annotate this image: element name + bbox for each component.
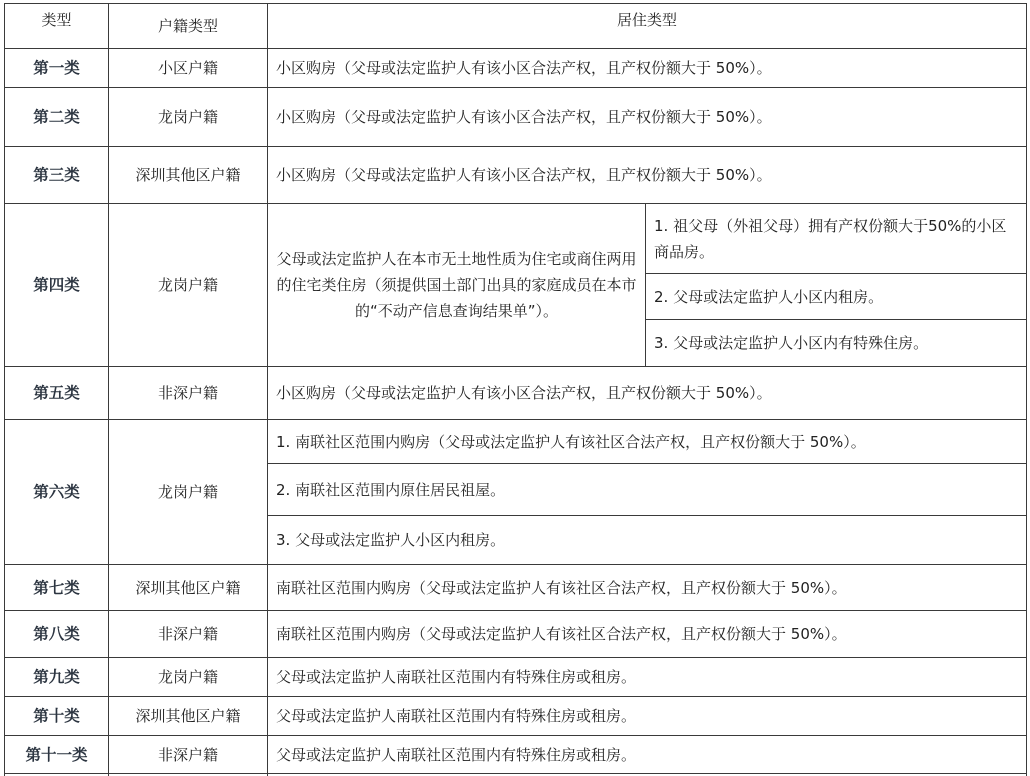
hukou-cell: 小区户籍 [109,49,268,88]
residence-cell: 小区购房（父母或法定监护人有该小区合法产权，且产权份额大于 50%）。 [268,147,1027,204]
category-cell: 第八类 [5,611,109,658]
residence-cell: 父母或法定监护人南联社区范围内有特殊住房或租房。 [268,736,1027,774]
hukou-cell: 龙岗户籍 [109,88,268,147]
residence-cell: 小区购房（父母或法定监护人有该小区合法产权，且产权份额大于 50%）。 [268,88,1027,147]
residence-cell: 小区购房（父母或法定监护人有该小区合法产权，且产权份额大于 50%）。 [268,367,1027,420]
hukou-cell: 龙岗户籍 [109,658,268,697]
option-cell: 2. 父母或法定监护人小区内租房。 [646,274,1027,320]
category-cell: 第三类 [5,147,109,204]
hukou-cell: 深圳其他区户籍 [109,697,268,736]
hukou-cell: 龙岗户籍 [109,420,268,565]
table-row: 第二类 龙岗户籍 小区购房（父母或法定监护人有该小区合法产权，且产权份额大于 5… [5,88,1027,147]
residence-cell: 南联社区范围内购房（父母或法定监护人有该社区合法产权，且产权份额大于 50%）。 [268,611,1027,658]
category-cell: 第四类 [5,204,109,367]
table-row: 第九类 龙岗户籍 父母或法定监护人南联社区范围内有特殊住房或租房。 [5,658,1027,697]
hukou-cell: 非深户籍 [109,611,268,658]
table-row: 第十一类 非深户籍 父母或法定监护人南联社区范围内有特殊住房或租房。 [5,736,1027,774]
table-row: 第六类 龙岗户籍 1. 南联社区范围内购房（父母或法定监护人有该社区合法产权，且… [5,420,1027,464]
hukou-cell: 非深户籍 [109,736,268,774]
table-row: 第七类 深圳其他区户籍 南联社区范围内购房（父母或法定监护人有该社区合法产权，且… [5,565,1027,611]
category-cell: 第九类 [5,658,109,697]
option-cell: 1. 祖父母（外祖父母）拥有产权份额大于50%的小区商品房。 [646,204,1027,274]
option-cell: 2. 南联社区范围内原住居民祖屋。 [268,464,1027,516]
residence-cell: 小区购房（父母或法定监护人有该小区合法产权，且产权份额大于 50%）。 [268,49,1027,88]
header-type: 类型 [5,4,109,49]
header-residence: 居住类型 [268,4,1027,49]
hukou-cell: 深圳其他区户籍 [109,147,268,204]
hukou-cell: 深圳其他区户籍 [109,565,268,611]
table-row: 第五类 非深户籍 小区购房（父母或法定监护人有该小区合法产权，且产权份额大于 5… [5,367,1027,420]
option-cell: 3. 父母或法定监护人小区内租房。 [268,516,1027,565]
header-row: 类型 户籍类型 居住类型 [5,4,1027,49]
table-row: 第十类 深圳其他区户籍 父母或法定监护人南联社区范围内有特殊住房或租房。 [5,697,1027,736]
table-row: 第八类 非深户籍 南联社区范围内购房（父母或法定监护人有该社区合法产权，且产权份… [5,611,1027,658]
residence-cell: 父母或法定监护人南联社区范围内有特殊住房或租房。 [268,658,1027,697]
residence-cell: 南联社区范围内购房（父母或法定监护人有该社区合法产权，且产权份额大于 50%）。 [268,565,1027,611]
category-cell: 第七类 [5,565,109,611]
category-cell: 第一类 [5,49,109,88]
table-row: 第三类 深圳其他区户籍 小区购房（父母或法定监护人有该小区合法产权，且产权份额大… [5,147,1027,204]
hukou-cell: 非深户籍 [109,367,268,420]
option-cell: 1. 南联社区范围内购房（父母或法定监护人有该社区合法产权，且产权份额大于 50… [268,420,1027,464]
residence-cell: 父母或法定监护人南联社区范围内有特殊住房或租房。 [268,697,1027,736]
category-cell: 第二类 [5,88,109,147]
condition-cell: 父母或法定监护人在本市无土地性质为住宅或商住两用的住宅类住房（须提供国土部门出具… [268,204,646,367]
option-cell: 3. 父母或法定监护人小区内有特殊住房。 [646,320,1027,367]
category-cell: 第六类 [5,420,109,565]
category-cell: 第十一类 [5,736,109,774]
hukou-cell: 龙岗户籍 [109,204,268,367]
residence-category-table: 类型 户籍类型 居住类型 第一类 小区户籍 小区购房（父母或法定监护人有该小区合… [4,3,1027,776]
table-row: 第一类 小区户籍 小区购房（父母或法定监护人有该小区合法产权，且产权份额大于 5… [5,49,1027,88]
table-row: 第四类 龙岗户籍 父母或法定监护人在本市无土地性质为住宅或商住两用的住宅类住房（… [5,204,1027,274]
header-hukou: 户籍类型 [109,4,268,49]
category-cell: 第五类 [5,367,109,420]
category-cell: 第十类 [5,697,109,736]
